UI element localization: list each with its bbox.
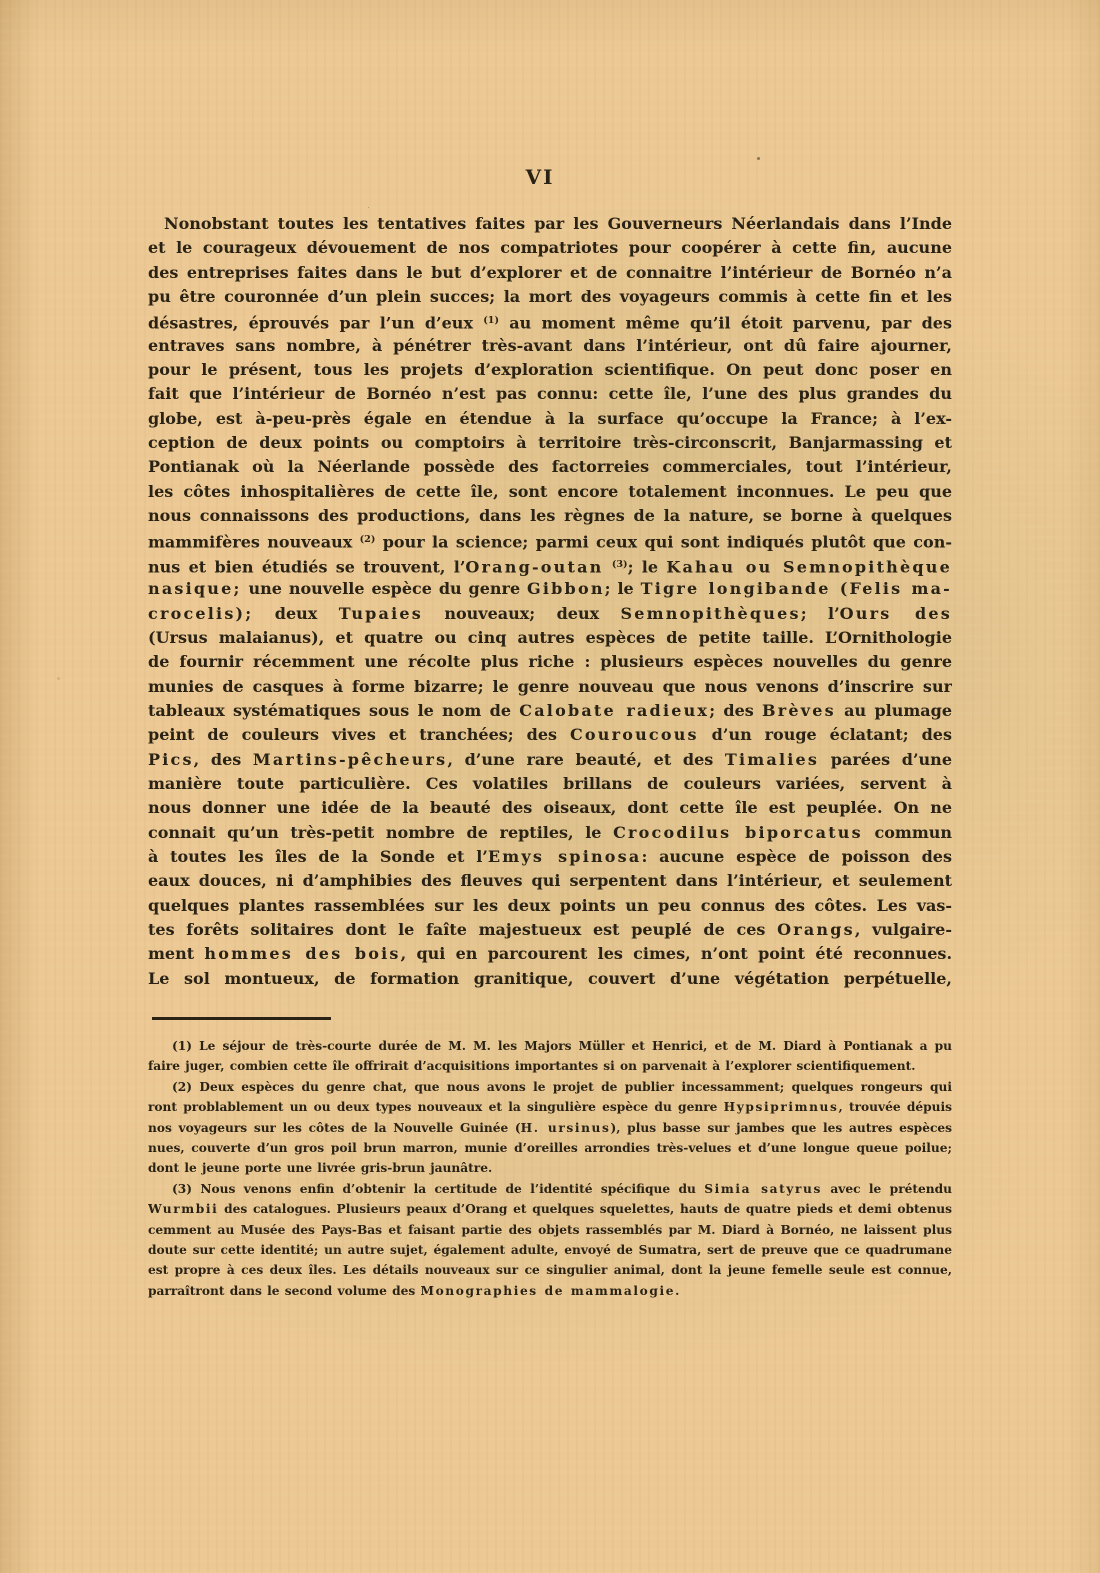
letterspaced-term: Hypsiprimnus: [724, 1100, 839, 1114]
text-segment: nos voyageurs sur les côtes de la Nouvel…: [148, 1121, 521, 1135]
text-segment: désastres, éprouvés par l’un d’eux: [148, 314, 483, 333]
footnote-line: doute sur cette identité; un autre sujet…: [148, 1240, 952, 1260]
footnote-line: cemment au Musée des Pays-Bas et faisant…: [148, 1220, 952, 1240]
text-segment: est propre à ces deux îles. Les détails …: [148, 1263, 952, 1277]
text-segment: quelques plantes rassemblées sur les deu…: [148, 896, 952, 915]
main-text-block: Nonobstant toutes les tentatives faites …: [148, 212, 952, 991]
footnote-line: (3) Nous venons enfin d’obtenir la certi…: [148, 1179, 952, 1199]
text-segment: , d’une rare beauté, et des: [447, 750, 725, 769]
text-segment: tableaux systématiques sous le nom de: [148, 701, 519, 720]
text-segment: [604, 557, 612, 576]
text-segment: ; des: [709, 701, 762, 720]
text-segment: (2) Deux espèces du genre chat, que nous…: [148, 1080, 952, 1097]
scanned-book-page: VI Nonobstant toutes les tentatives fait…: [0, 0, 1100, 1573]
main-text-line: fait que l’intérieur de Bornéo n’est pas…: [148, 382, 952, 406]
text-segment: à toutes les îles de la Sonde et l’: [148, 847, 488, 866]
text-segment: globe, est à-peu-près égale en étendue à…: [148, 409, 952, 428]
main-text-line: manière toute particulière. Ces volatile…: [148, 772, 952, 796]
letterspaced-term: crocelis);: [148, 604, 253, 623]
footnote-line: dont le jeune porte une livrée gris-brun…: [148, 1158, 952, 1178]
footnote-line: parraîtront dans le second volume des Mo…: [148, 1281, 952, 1301]
letterspaced-term: Brèves: [762, 701, 836, 720]
letterspaced-term: H. ursinus: [521, 1121, 611, 1135]
text-segment: munies de casques à forme bizarre; le ge…: [148, 677, 952, 699]
letterspaced-term: Tupaies: [339, 604, 423, 623]
letterspaced-term: Kahau ou Semnopithèque: [666, 557, 952, 576]
letterspaced-term: nasique;: [148, 579, 242, 598]
letterspaced-term: Simia satyrus: [704, 1182, 822, 1196]
text-segment: doute sur cette identité; un autre sujet…: [148, 1243, 952, 1257]
main-text-line: tes forêts solitaires dont le faîte maje…: [148, 918, 952, 942]
letterspaced-term: Wurmbii: [148, 1202, 218, 1216]
footnote-line: (2) Deux espèces du genre chat, que nous…: [148, 1077, 952, 1097]
footnote-separator-rule: [152, 1017, 331, 1020]
letterspaced-term: Semnopithèques: [620, 604, 800, 623]
main-text-line: globe, est à-peu-près égale en étendue à…: [148, 407, 952, 431]
text-segment: des catalogues. Plusieurs peaux d’Orang …: [148, 1202, 952, 1219]
footnote-line: est propre à ces deux îles. Les détails …: [148, 1260, 952, 1280]
text-segment: et le courageux dévouement de nos compat…: [148, 238, 952, 257]
letterspaced-term: Tigre longibande: [641, 579, 831, 598]
text-segment: une nouvelle espèce du genre: [242, 579, 527, 598]
text-segment: cemment au Musée des Pays-Bas et faisant…: [148, 1223, 952, 1240]
text-segment: commun: [863, 823, 952, 842]
text-segment: les côtes inhospitalières de cette île, …: [148, 482, 952, 501]
text-segment: deux: [253, 604, 338, 623]
main-text-line: de fournir récemment une récolte plus ri…: [148, 650, 952, 674]
text-segment: pu être couronnée d’un plein succes; la …: [148, 287, 952, 306]
text-segment: (3) Nous venons enfin d’obtenir la certi…: [172, 1182, 704, 1196]
main-text-line: et le courageux dévouement de nos compat…: [148, 236, 952, 260]
main-text-line: quelques plantes rassemblées sur les deu…: [148, 894, 952, 918]
main-text-line: crocelis); deux Tupaies nouveaux; deux S…: [148, 602, 952, 626]
letterspaced-term: Couroucous: [570, 725, 699, 744]
main-text-line: Pontianak où la Néerlande possède des fa…: [148, 455, 952, 479]
ink-speck: [757, 157, 760, 160]
footnote-marker: (1): [483, 315, 499, 326]
text-segment: entraves sans nombre, à pénétrer très-av…: [148, 336, 952, 355]
footnote-line: Wurmbii des catalogues. Plusieurs peaux …: [148, 1199, 952, 1219]
text-segment: au moment même qu’il étoit parvenu, par …: [499, 314, 952, 333]
text-segment: au plumage: [836, 701, 952, 720]
letterspaced-term: Crocodilus biporcatus: [613, 823, 863, 842]
text-segment: nues, couverte d’un gros poil brun marro…: [148, 1141, 952, 1155]
text-segment: d’un rouge éclatant; des: [699, 725, 952, 744]
text-segment: , qui en parcourent les cimes, n’ont poi…: [401, 944, 952, 963]
main-text-line: des entreprises faites dans le but d’exp…: [148, 261, 952, 285]
text-segment: tes forêts solitaires dont le faîte maje…: [148, 920, 777, 939]
text-segment: des entreprises faites dans le but d’exp…: [148, 263, 952, 282]
letterspaced-term: Orangs: [777, 920, 855, 939]
text-segment: ception de deux points ou comptoirs à te…: [148, 433, 952, 452]
text-segment: (1) Le séjour de très-courte durée de M.…: [172, 1039, 952, 1053]
main-text-line: ception de deux points ou comptoirs à te…: [148, 431, 952, 455]
text-segment: eaux douces, ni d’amphibies des fleuves …: [148, 871, 952, 890]
letterspaced-term: Timalies: [725, 750, 819, 769]
main-text-line: pu être couronnée d’un plein succes; la …: [148, 285, 952, 309]
main-text-line: les côtes inhospitalières de cette île, …: [148, 480, 952, 504]
text-segment: ; l’: [801, 604, 840, 623]
text-segment: pour la science; parmi ceux qui sont ind…: [375, 533, 952, 552]
main-text-line: Le sol montueux, de formation granitique…: [148, 967, 952, 991]
letterspaced-term: Calobate radieux: [519, 701, 709, 720]
text-segment: nus et bien étudiés se trouvent, l’: [148, 557, 465, 576]
letterspaced-term: Pics: [148, 750, 194, 769]
text-segment: avec le prétendu: [822, 1182, 952, 1196]
footnote-line: faire juger, combien cette île offrirait…: [148, 1056, 952, 1076]
letterspaced-term: hommes des bois: [204, 944, 400, 963]
text-segment: dont le jeune porte une livrée gris-brun…: [148, 1161, 492, 1175]
main-text-line: nasique; une nouvelle espèce du genre Gi…: [148, 577, 952, 601]
letterspaced-term: (Felis ma-: [831, 579, 952, 598]
letterspaced-term: Gibbon: [527, 579, 605, 598]
main-text-line: eaux douces, ni d’amphibies des fleuves …: [148, 869, 952, 893]
text-segment: fait que l’intérieur de Bornéo n’est pas…: [148, 384, 952, 403]
text-segment: : aucune espèce de poisson des: [641, 847, 952, 866]
text-segment: Le sol montueux, de formation granitique…: [148, 969, 952, 988]
text-segment: ront problablement un ou deux types nouv…: [148, 1100, 724, 1114]
text-segment: ; le: [628, 557, 667, 576]
text-segment: parées d’une: [819, 750, 952, 769]
main-text-line: Pics, des Martins-pêcheurs, d’une rare b…: [148, 748, 952, 772]
main-text-line: pour le présent, tous les projets d’expl…: [148, 358, 952, 382]
text-segment: connait qu’un très-petit nombre de repti…: [148, 823, 613, 842]
text-segment: peint de couleurs vives et tranchées; de…: [148, 725, 570, 744]
footnote-line: nues, couverte d’un gros poil brun marro…: [148, 1138, 952, 1158]
text-segment: nous donner une idée de la beauté des oi…: [148, 798, 952, 817]
main-text-line: entraves sans nombre, à pénétrer très-av…: [148, 334, 952, 358]
main-text-line: mammifères nouveaux (2) pour la science;…: [148, 528, 952, 552]
letterspaced-term: Monographies de mammalogie.: [420, 1284, 680, 1298]
text-segment: faire juger, combien cette île offrirait…: [148, 1059, 916, 1073]
text-segment: mammifères nouveaux: [148, 533, 360, 552]
text-segment: ; le: [605, 579, 641, 598]
text-segment: manière toute particulière. Ces volatile…: [148, 774, 952, 793]
text-segment: ment: [148, 944, 204, 963]
footnotes-block: (1) Le séjour de très-courte durée de M.…: [148, 1036, 952, 1301]
page-number: VI: [0, 165, 1080, 189]
main-text-line: munies de casques à forme bizarre; le ge…: [148, 675, 952, 699]
text-segment: de fournir récemment une récolte plus ri…: [148, 652, 952, 671]
text-segment: , vulgaire-: [855, 920, 952, 939]
text-segment: Pontianak où la Néerlande possède des fa…: [148, 457, 952, 479]
main-text-line: nous connaissons des productions, dans l…: [148, 504, 952, 528]
text-segment: Nonobstant toutes les tentatives faites …: [164, 214, 952, 233]
footnote-line: (1) Le séjour de très-courte durée de M.…: [148, 1036, 952, 1056]
text-segment: (Ursus malaianus), et quatre ou cinq aut…: [148, 628, 952, 650]
text-segment: nouveaux; deux: [423, 604, 621, 623]
main-text-line: à toutes les îles de la Sonde et l’Emys …: [148, 845, 952, 869]
main-text-line: (Ursus malaianus), et quatre ou cinq aut…: [148, 626, 952, 650]
main-text-line: peint de couleurs vives et tranchées; de…: [148, 723, 952, 747]
letterspaced-term: Orang-outan: [465, 557, 603, 576]
main-text-line: Nonobstant toutes les tentatives faites …: [148, 212, 952, 236]
text-segment: pour le présent, tous les projets d’expl…: [148, 360, 952, 379]
footnote-marker: (3): [612, 559, 628, 570]
text-segment: parraîtront dans le second volume des: [148, 1284, 420, 1298]
footnote-line: ront problablement un ou deux types nouv…: [148, 1097, 952, 1117]
letterspaced-term: Emys spinosa: [488, 847, 642, 866]
main-text-line: ment hommes des bois, qui en parcourent …: [148, 942, 952, 966]
main-text-line: connait qu’un très-petit nombre de repti…: [148, 821, 952, 845]
text-segment: nous connaissons des productions, dans l…: [148, 506, 952, 525]
main-text-line: désastres, éprouvés par l’un d’eux (1) a…: [148, 309, 952, 333]
footnote-marker: (2): [360, 534, 376, 545]
letterspaced-term: Martins-pêcheurs: [253, 750, 447, 769]
main-text-line: tableaux systématiques sous le nom de Ca…: [148, 699, 952, 723]
footnote-line: nos voyageurs sur les côtes de la Nouvel…: [148, 1118, 952, 1138]
main-text-line: nus et bien étudiés se trouvent, l’Orang…: [148, 553, 952, 577]
text-segment: , des: [194, 750, 253, 769]
main-text-line: nous donner une idée de la beauté des oi…: [148, 796, 952, 820]
